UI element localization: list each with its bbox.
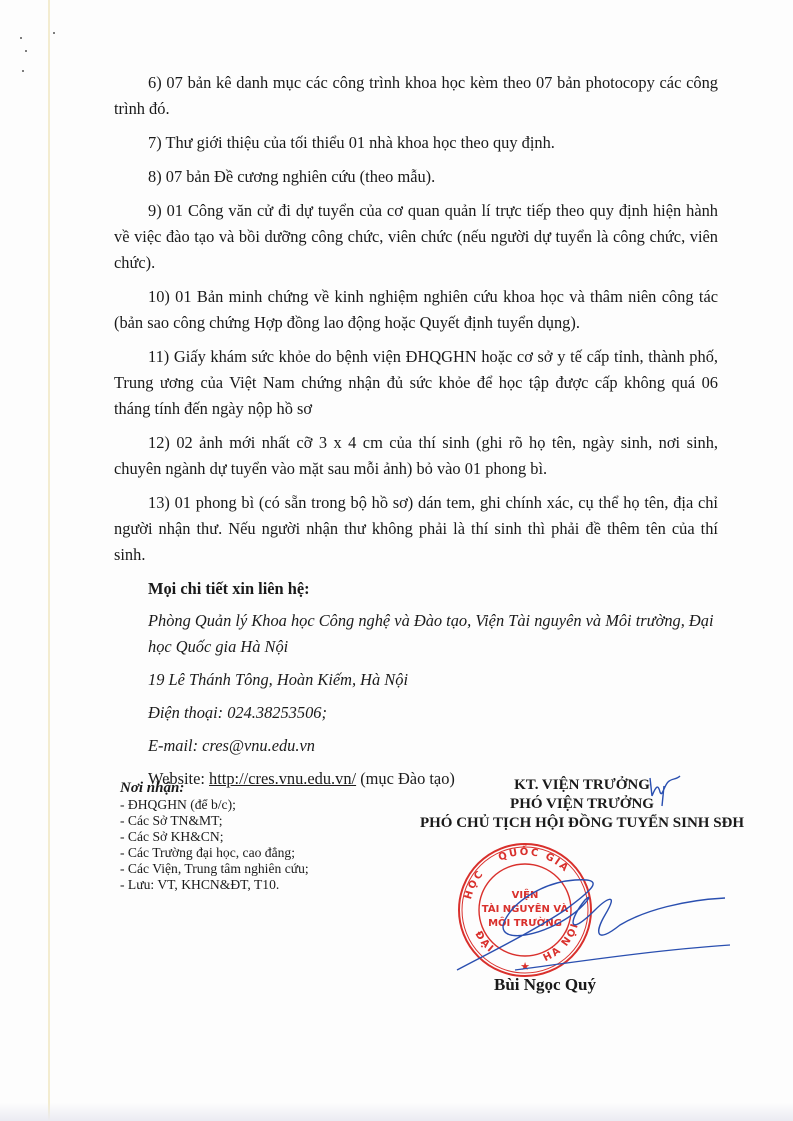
- recipient-item: - Các Viện, Trung tâm nghiên cứu;: [120, 861, 380, 877]
- list-item: 13) 01 phong bì (có sẵn trong bộ hồ sơ) …: [114, 490, 718, 568]
- list-item: 6) 07 bản kê danh mục các công trình kho…: [114, 70, 718, 122]
- scan-dust: [25, 50, 27, 52]
- scan-bottom-shadow: [0, 1103, 793, 1121]
- recipient-item: - Các Trường đại học, cao đẳng;: [120, 845, 380, 861]
- scan-dust: [22, 70, 24, 72]
- recipient-item: - Các Sở TN&MT;: [120, 813, 380, 829]
- handwritten-signature-icon: [455, 870, 735, 980]
- recipients-title: Nơi nhận:: [120, 780, 380, 796]
- initial-signature-icon: [644, 772, 684, 808]
- contact-info: Mọi chi tiết xin liên hệ: Phòng Quản lý …: [148, 576, 718, 792]
- list-item: 9) 01 Công văn cử đi dự tuyển của cơ qua…: [114, 198, 718, 276]
- recipients-block: Nơi nhận: - ĐHQGHN (để b/c); - Các Sở TN…: [120, 780, 380, 893]
- document-body: 6) 07 bản kê danh mục các công trình kho…: [114, 70, 718, 799]
- scan-dust: [20, 37, 22, 39]
- recipient-item: - ĐHQGHN (để b/c);: [120, 797, 380, 813]
- list-item: 11) Giấy khám sức khỏe do bệnh viện ĐHQG…: [114, 344, 718, 422]
- contact-phone: Điện thoại: 024.38253506;: [148, 700, 718, 726]
- signature-title-line: PHÓ CHỦ TỊCH HỘI ĐỒNG TUYỂN SINH SĐH: [380, 814, 784, 833]
- signer-name: Bùi Ngọc Quý: [470, 975, 620, 995]
- list-item: 10) 01 Bản minh chứng về kinh nghiệm ngh…: [114, 284, 718, 336]
- contact-office: Phòng Quản lý Khoa học Công nghệ và Đào …: [148, 608, 718, 660]
- scan-dust: [53, 32, 55, 34]
- recipient-item: - Các Sở KH&CN;: [120, 829, 380, 845]
- contact-address: 19 Lê Thánh Tông, Hoàn Kiếm, Hà Nội: [148, 667, 718, 693]
- contact-heading: Mọi chi tiết xin liên hệ:: [148, 576, 718, 602]
- contact-email: E-mail: cres@vnu.edu.vn: [148, 733, 718, 759]
- signature-titles: KT. VIỆN TRƯỞNG PHÓ VIỆN TRƯỞNG PHÓ CHỦ …: [380, 776, 784, 833]
- list-item: 7) Thư giới thiệu của tối thiểu 01 nhà k…: [114, 130, 718, 156]
- list-item: 8) 07 bản Đề cương nghiên cứu (theo mẫu)…: [114, 164, 718, 190]
- list-item: 12) 02 ảnh mới nhất cỡ 3 x 4 cm của thí …: [114, 430, 718, 482]
- scan-page-edge: [48, 0, 50, 1121]
- signature-title-line: KT. VIỆN TRƯỞNG: [380, 776, 784, 795]
- recipient-item: - Lưu: VT, KHCN&ĐT, T10.: [120, 877, 380, 893]
- signature-title-line: PHÓ VIỆN TRƯỞNG: [380, 795, 784, 814]
